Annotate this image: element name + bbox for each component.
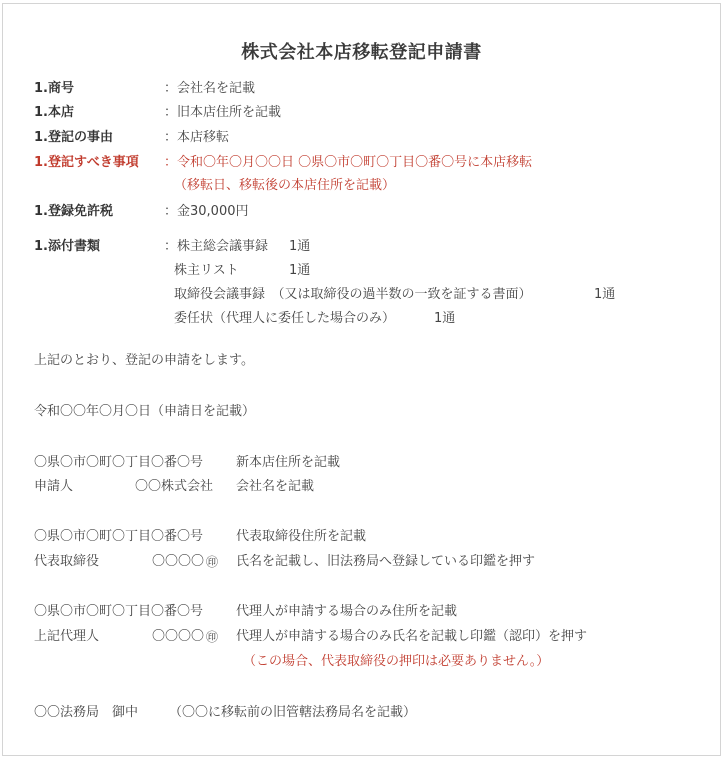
item-label: 1.登記すべき事項 [34, 154, 139, 172]
item-value: ：会社名を記載 [164, 80, 255, 98]
attachment-name: 委任状（代理人に委任した場合のみ） [174, 310, 395, 328]
item-label: 1.本店 [34, 104, 74, 122]
attachment-name: 株主リスト [174, 262, 239, 280]
item-value: ：令和〇年〇月〇〇日 〇県〇市〇町〇丁目〇番〇号に本店移転 [164, 154, 532, 172]
addressee-note: （〇〇に移転前の旧管轄法務局名を記載） [169, 704, 416, 722]
seal-icon: ㊞ [206, 628, 218, 646]
item-label: 1.登記の事由 [34, 129, 113, 147]
representative-name: 〇〇〇〇 [152, 553, 204, 571]
document-title: 株式会社本店移転登記申請書 [3, 38, 720, 64]
representative-role: 代表取締役 [34, 553, 99, 571]
representative-address-note: 代表取締役住所を記載 [236, 528, 366, 546]
applicant-address: 〇県〇市〇町〇丁目〇番〇号 [34, 454, 203, 472]
applicant-role: 申請人 [34, 478, 73, 496]
agent-address: 〇県〇市〇町〇丁目〇番〇号 [34, 603, 203, 621]
seal-icon: ㊞ [206, 553, 218, 571]
agent-name: 〇〇〇〇 [152, 628, 204, 646]
attachment-name: ：株主総会議事録 [164, 238, 268, 256]
agent-name-note: 代理人が申請する場合のみ氏名を記載し印鑑（認印）を押す [236, 628, 587, 646]
item-value: ：旧本店住所を記載 [164, 104, 281, 122]
application-date: 令和〇〇年〇月〇日（申請日を記載） [34, 403, 255, 421]
agent-warning: （この場合、代表取締役の押印は必要ありません。） [243, 653, 549, 671]
item-note: （移転日、移転後の本店住所を記載） [174, 177, 395, 195]
attachment-count: 1通 [434, 310, 455, 328]
representative-address: 〇県〇市〇町〇丁目〇番〇号 [34, 528, 203, 546]
attachment-count: 1通 [289, 262, 310, 280]
addressee-office: 〇〇法務局 御中 [34, 704, 138, 722]
item-label: 1.登録免許税 [34, 203, 113, 221]
agent-address-note: 代理人が申請する場合のみ住所を記載 [236, 603, 457, 621]
attachments-label: 1.添付書類 [34, 238, 100, 256]
applicant-name: 〇〇株式会社 [135, 478, 213, 496]
applicant-address-note: 新本店住所を記載 [236, 454, 340, 472]
item-value: ：本店移転 [164, 129, 229, 147]
item-value: ：金30,000円 [164, 203, 249, 221]
attachment-count: 1通 [289, 238, 310, 256]
statement: 上記のとおり、登記の申請をします。 [34, 352, 254, 370]
attachment-name: 取締役会議事録 （又は取締役の過半数の一致を証する書面） [174, 286, 532, 304]
representative-name-note: 氏名を記載し、旧法務局へ登録している印鑑を押す [236, 553, 535, 571]
document-frame: 株式会社本店移転登記申請書 1.商号 ：会社名を記載 1.本店 ：旧本店住所を記… [2, 3, 721, 756]
agent-role: 上記代理人 [34, 628, 99, 646]
item-label: 1.商号 [34, 80, 74, 98]
attachment-count: 1通 [594, 286, 615, 304]
applicant-name-note: 会社名を記載 [236, 478, 314, 496]
